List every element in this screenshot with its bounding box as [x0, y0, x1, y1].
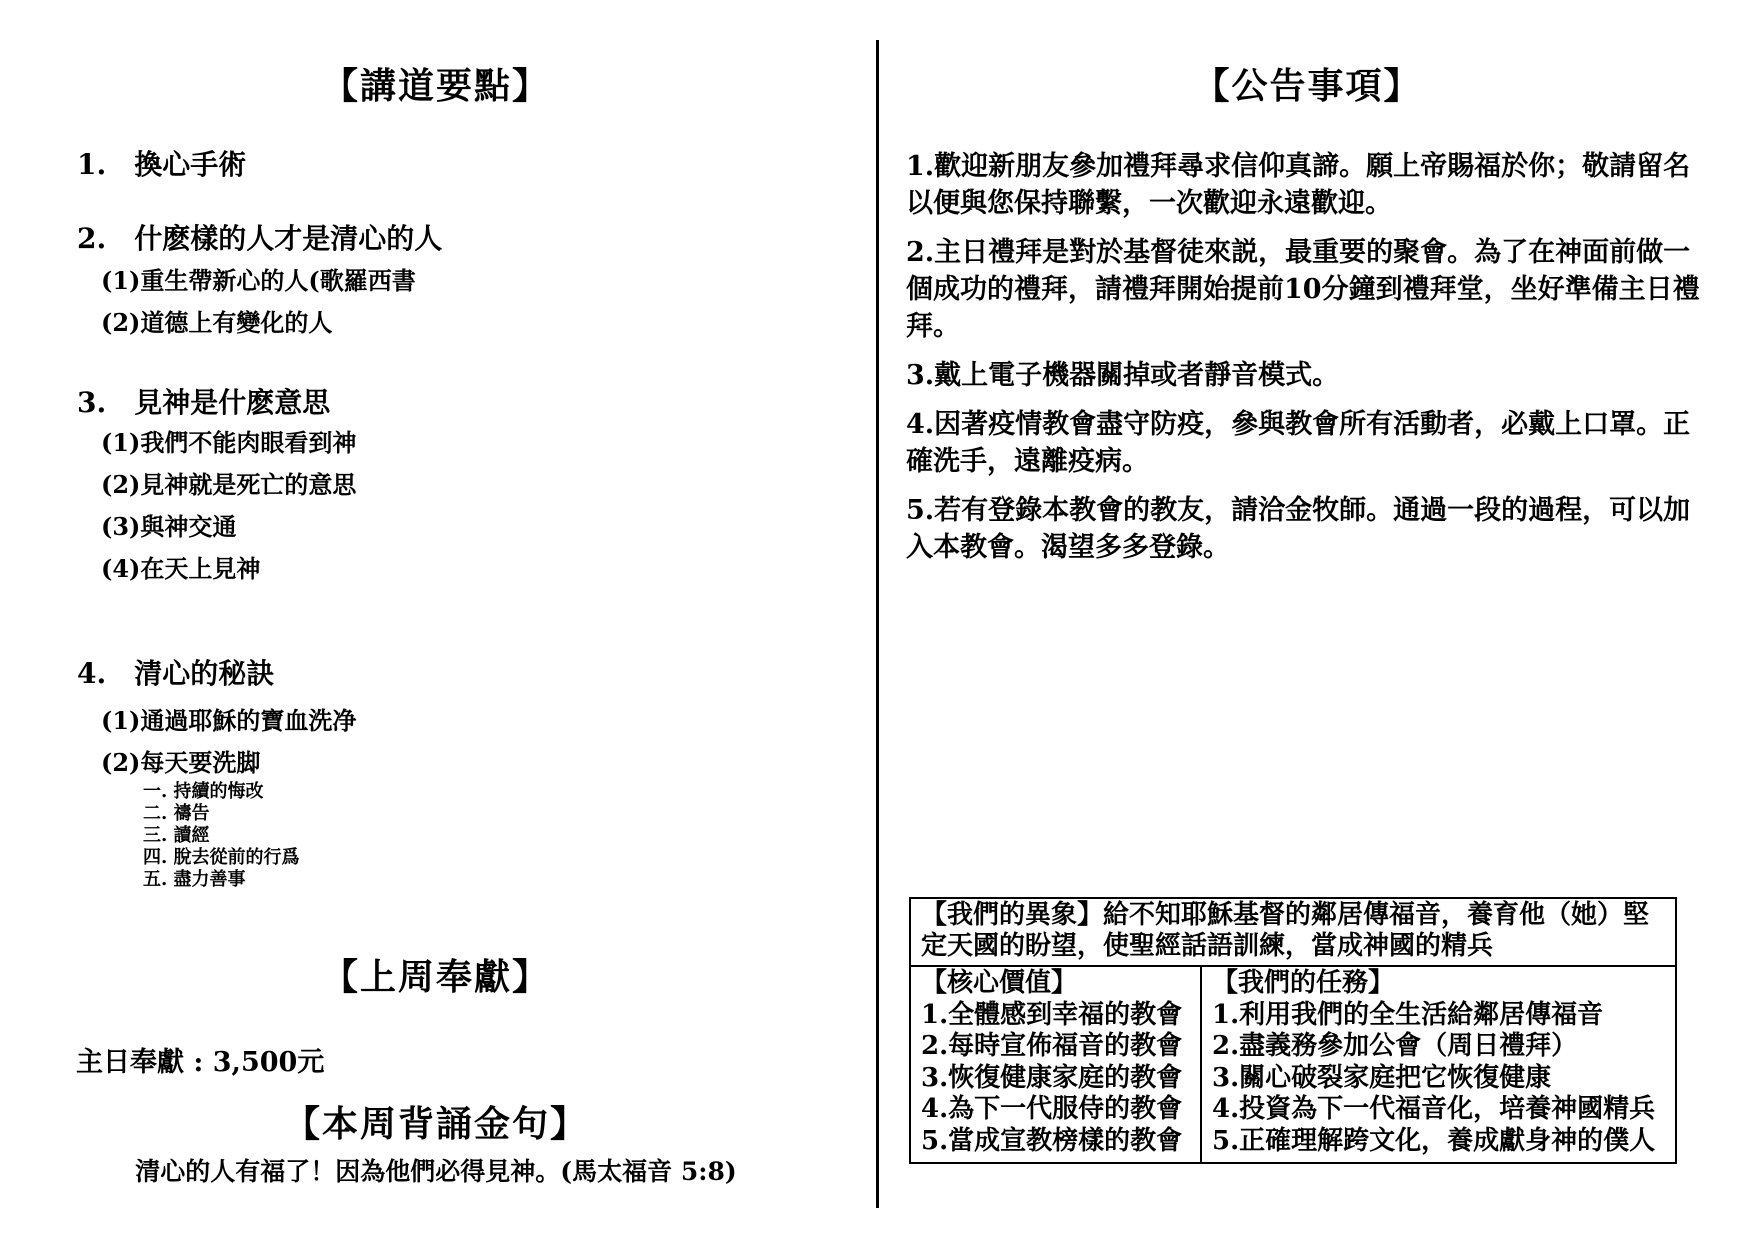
sermon-subsubitem: 三. 讀經 — [143, 825, 810, 847]
sermon-item: 3. 見神是什麽意思 — [77, 386, 810, 420]
vision-statement: 【我們的異象】給不知耶穌基督的鄰居傳福音，養育他（她）堅定天國的盼望，使聖經話語… — [911, 899, 1675, 967]
vision-table-body: 【核心價值】 1.全體感到幸福的教會 2.每時宣佈福音的教會 3.恢復健康家庭的… — [911, 967, 1675, 1162]
sermon-subsubitem: 五. 盡力善事 — [143, 869, 810, 891]
sermon-subitem: (1)重生帶新心的人(歌羅西書 — [101, 266, 810, 296]
announcements-section: 【公告事項】 1.歡迎新朋友參加禮拜尋求信仰真諦。願上帝賜福於你；敬請留名以便與… — [906, 62, 1709, 578]
sermon-subitem: (2)道德上有變化的人 — [101, 308, 810, 338]
announcements-list: 1.歡迎新朋友參加禮拜尋求信仰真諦。願上帝賜福於你；敬請留名以便與您保持聯繫，一… — [906, 148, 1709, 566]
core-value-item: 3.恢復健康家庭的教會 — [921, 1063, 1196, 1095]
memory-verse-text: 清心的人有福了！因為他們必得見神。(馬太福音 5:8) — [62, 1152, 810, 1188]
announcement-item: 2.主日禮拜是對於基督徒來説，最重要的聚會。為了在神面前做一個成功的禮拜，請禮拜… — [906, 234, 1709, 345]
mission-item: 4.投資為下一代福音化，培養神國精兵 — [1212, 1094, 1671, 1126]
column-divider-line — [876, 40, 879, 1208]
bulletin-page: 【講道要點】 1. 換心手術 2. 什麽樣的人才是清心的人 (1)重生帶新心的人… — [0, 0, 1754, 1239]
sermon-subitem: (3)與神交通 — [101, 512, 810, 542]
offering-amount-line: 主日奉獻 : 3,500元 — [76, 1040, 324, 1079]
sermon-subsubitem: 二. 禱告 — [143, 803, 810, 825]
announcement-item: 4.因著疫情教會盡守防疫，參與教會所有活動者，必戴上口罩。正確洗手，遠離疫病。 — [906, 406, 1709, 480]
sermon-section: 【講道要點】 1. 換心手術 2. 什麽樣的人才是清心的人 (1)重生帶新心的人… — [62, 62, 810, 891]
offering-title: 【上周奉獻】 — [62, 953, 810, 1001]
core-value-item: 5.當成宣教榜樣的教會 — [921, 1126, 1196, 1158]
core-values-cell: 【核心價值】 1.全體感到幸福的教會 2.每時宣佈福音的教會 3.恢復健康家庭的… — [911, 967, 1202, 1162]
sermon-subitem: (4)在天上見神 — [101, 554, 810, 584]
mission-item: 3.關心破裂家庭把它恢復健康 — [1212, 1063, 1671, 1095]
sermon-item: 4. 清心的秘訣 — [77, 657, 810, 691]
sermon-subitem: (2)每天要洗脚 — [101, 748, 810, 778]
mission-header: 【我們的任務】 — [1212, 968, 1671, 1000]
mission-item: 2.盡義務參加公會（周日禮拜） — [1212, 1031, 1671, 1063]
mission-cell: 【我們的任務】 1.利用我們的全生活給鄰居傳福音 2.盡義務參加公會（周日禮拜）… — [1202, 967, 1675, 1162]
core-value-item: 1.全體感到幸福的教會 — [921, 1000, 1196, 1032]
sermon-subsubitem: 一. 持續的悔改 — [143, 781, 810, 803]
vision-table: 【我們的異象】給不知耶穌基督的鄰居傳福音，養育他（她）堅定天國的盼望，使聖經話語… — [909, 897, 1677, 1164]
sermon-subitem: (1)我們不能肉眼看到神 — [101, 428, 810, 458]
mission-item: 5.正確理解跨文化，養成獻身神的僕人 — [1212, 1126, 1671, 1158]
core-value-item: 4.為下一代服侍的教會 — [921, 1094, 1196, 1126]
mission-item: 1.利用我們的全生活給鄰居傳福音 — [1212, 1000, 1671, 1032]
core-value-item: 2.每時宣佈福音的教會 — [921, 1031, 1196, 1063]
announcement-item: 1.歡迎新朋友參加禮拜尋求信仰真諦。願上帝賜福於你；敬請留名以便與您保持聯繫，一… — [906, 148, 1709, 222]
announcement-item: 3.戴上電子機器關掉或者靜音模式。 — [906, 357, 1709, 394]
announcements-title: 【公告事項】 — [906, 62, 1709, 110]
sermon-title: 【講道要點】 — [62, 62, 810, 110]
sermon-subitem: (1)通過耶穌的寶血洗净 — [101, 706, 810, 736]
sermon-subsubitem: 四. 脫去從前的行爲 — [143, 847, 810, 869]
sermon-item: 1. 換心手術 — [77, 148, 810, 182]
sermon-item: 2. 什麽樣的人才是清心的人 — [77, 222, 810, 256]
announcement-item: 5.若有登錄本教會的教友，請洽金牧師。通過一段的過程，可以加入本教會。渴望多多登… — [906, 492, 1709, 566]
sermon-subitem: (2)見神就是死亡的意思 — [101, 470, 810, 500]
core-values-header: 【核心價值】 — [921, 968, 1196, 1000]
memory-verse-title: 【本周背誦金句】 — [62, 1100, 810, 1148]
